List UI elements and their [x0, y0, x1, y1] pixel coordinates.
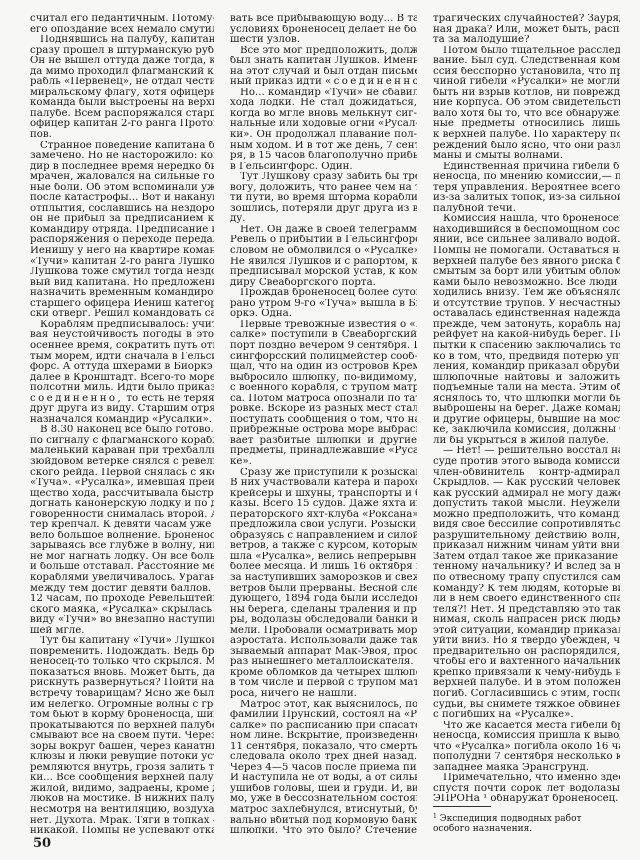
- text-line: ки». Он продолжал плавание пол-: [230, 130, 417, 141]
- text-line: пытки к спасению заключались толь-: [433, 341, 620, 352]
- text-line: его опоздание всех немало смутило.: [30, 25, 214, 36]
- text-line: пов.: [30, 130, 214, 141]
- text-line: ходились внизу. Тем же объяснялось: [433, 288, 620, 299]
- text-line: 11 сентября, показало, что смерть по-: [230, 742, 417, 753]
- text-line: замечено. Но не насторожило: коман-: [30, 151, 214, 162]
- text-line: вает разбитые шлюпки и другие: [230, 436, 417, 447]
- text-line: образуясь с направлением и силой: [230, 531, 417, 542]
- text-line: зываемый аппарат Мак-Эвоя, прооб-: [230, 647, 417, 658]
- text-line: щество хода, рассчитывала быстро: [30, 489, 214, 500]
- text-line: ли бы укрыться в жилой палубе.: [433, 436, 620, 447]
- paragraph-start-line: Нет. Он даже в своей телеграмме в: [230, 225, 417, 236]
- text-line: вая неустойчивость погоды в это: [30, 330, 214, 341]
- text-line: ке, заключила комиссия, должны бы-: [433, 425, 620, 436]
- text-line: дующего, 1894 года были исследова-: [230, 594, 417, 605]
- text-line: вало хотя бы то, что все обнаружен-: [433, 109, 620, 120]
- text-line: ского маяка, «Русалка» скрылась из: [30, 605, 214, 616]
- text-line: команду? К тем людям, которые виде-: [433, 584, 620, 595]
- text-line: В них участвовали катера и пароходы,: [230, 478, 417, 489]
- text-line: ветров были прерваны. Весной сле-: [230, 584, 417, 595]
- text-line: аэростата. Использовали даже так на-: [230, 636, 417, 647]
- text-line: ски отверг. Решил командовать сам.: [30, 309, 214, 320]
- text-line: и другие офицеры, бывшие на мости-: [433, 415, 620, 426]
- text-line: судьи, вы снимете тяжкое обвинение: [433, 700, 620, 711]
- text-line: чтобы его и вахтенного начальника: [433, 657, 620, 668]
- text-line: Затем отдал такое же приказание вах-: [433, 552, 620, 563]
- text-line: ря, в 15 часов благополучно прибыл: [230, 151, 417, 162]
- text-line: прокатываются по верхней палубе,: [30, 721, 214, 732]
- text-column-2: вать все прибывающую воду... В такихусло…: [230, 14, 417, 837]
- text-line: показаться вновь. Может быть, даже: [30, 668, 214, 679]
- text-line: пополудни 7 сентября несколько юго-: [433, 752, 620, 763]
- text-line: на этот случай и был отдан письмен-: [230, 67, 417, 78]
- text-line: рейфует на какой-нибудь берег. По-: [433, 330, 620, 341]
- text-line: находившийся в беспомощном состо-: [433, 225, 620, 236]
- text-line: Скрыдлов. — Как русский человек и: [433, 478, 620, 489]
- text-line: приказал нижним чинам уйти вниз?: [433, 541, 620, 552]
- text-line: им нелегко. Огромные волны с грохо-: [30, 700, 214, 711]
- text-line: ушибов головы, шеи и груди. И, види-: [230, 784, 417, 795]
- text-line: «Тучи» капитан 2-го ранга Лушков.: [30, 257, 214, 268]
- text-line: словом не обмолвился о «Русалке»...: [230, 246, 417, 257]
- text-line: с военного корабля, с трупом матро-: [230, 383, 417, 394]
- text-line: Через 4—5 часов после приема пищи.: [230, 763, 417, 774]
- text-line: казы. Всего 15 судов. Даже яхта им-: [230, 499, 417, 510]
- text-line: люков на мостике. В нижних палубах,: [30, 794, 214, 805]
- text-line: предварительно он распорядился,: [433, 647, 620, 658]
- text-line: вогу, доложить, что ранее чем на тре-: [230, 183, 417, 194]
- text-line: никакой. Помпы не успевают откачи-: [30, 826, 214, 837]
- text-line: Ревель о прибытии в Гельсингфорс ни: [230, 235, 417, 246]
- text-line: и отсутствие трупов. У несчастных: [433, 299, 620, 310]
- text-line: по отвесному трапу спустился сам? В: [433, 573, 620, 584]
- paragraph-start-line: Тут бы капитану «Тучи» Лушкову: [30, 636, 214, 647]
- text-line: предписывал морской устав, к коман-: [230, 267, 417, 278]
- text-line: шести узлов.: [230, 35, 417, 46]
- text-line: Иенишу у него на квартире командир: [30, 246, 214, 257]
- text-line: был знать капитан Лушков. Именно: [230, 56, 417, 67]
- text-line: суде против этого вывода комиссии: [433, 457, 620, 468]
- text-line: янии, все сильнее заливало водой.: [433, 235, 620, 246]
- paragraph-start-line: Единственная причина гибели бро-: [433, 162, 620, 173]
- text-line: зошлись, потеряли друг друга из ви-: [230, 204, 417, 215]
- text-line: догнать канонерскую лодку и по до-: [30, 499, 214, 510]
- paragraph-start-line: Поднявшись на палубу, капитан: [30, 35, 214, 46]
- text-line: ны берега, сделаны траления и проме-: [230, 605, 417, 616]
- paragraph-start-line: Кораблям предписывалось: учиты-: [30, 320, 214, 331]
- text-line: вание. Был суд. Следственная коми-: [433, 56, 620, 67]
- text-line: дир в последнее время нередко бывал: [30, 162, 214, 173]
- text-line: крейсеры и шхуны, транспорты и бар-: [230, 489, 417, 500]
- text-line: ками было невозможно. Все люди на-: [433, 278, 620, 289]
- text-line: ли в нем своего единственного спаси-: [433, 594, 620, 605]
- text-line: оставалась единственная надежда —: [433, 309, 620, 320]
- text-line: фамилии Прунский, состоял на «Ру-: [230, 710, 417, 721]
- text-line: говоренности снималась второй. А ве-: [30, 510, 214, 521]
- text-line: ссия бесспорно установила, что при-: [433, 67, 620, 78]
- text-line: назначался командир «Русалки».: [30, 415, 214, 426]
- text-line: том бьют в корму броненосца, шипя: [30, 710, 214, 721]
- text-line: когда во мгле вновь мелькнут сиг-: [230, 109, 417, 120]
- text-line: верхней палубе без явного риска быть: [433, 257, 620, 268]
- text-line: встречу товарищам? Ясно же было —: [30, 689, 214, 700]
- text-line: роса, ничего не нашли.: [230, 689, 417, 700]
- text-line: шлюпки. Что это было? Стечение: [230, 826, 417, 837]
- text-line: ные боли. Об этом вспоминали уже: [30, 183, 214, 194]
- text-line: кораблями увеличивалось. Ураган: [30, 573, 214, 584]
- text-line: смывают все на своем пути. Через за-: [30, 731, 214, 742]
- text-line: следовала около трех дней назад.: [230, 752, 417, 763]
- text-line: ке».: [230, 457, 417, 468]
- text-line: считал его педантичным. Потому-то: [30, 14, 214, 25]
- text-line: шей мгле.: [30, 626, 214, 637]
- text-line: шла «Русалка», велись непрерывно: [230, 552, 417, 563]
- text-line: «Туча». «Русалка», имевшая преиму-: [30, 478, 214, 489]
- text-line: погиб. Согласившись с этим, господа: [433, 689, 620, 700]
- paragraph-start-line: Примечательно, что именно здесь: [433, 773, 620, 784]
- text-line: ным ходом. И в тот же день, 7 сентяб-: [230, 141, 417, 152]
- text-line: диру Свеаборгского порта.: [230, 278, 417, 289]
- text-line: 12 часам, по проходе Ревельштейн-: [30, 594, 214, 605]
- text-line: И наступила не от воды, а от сильных: [230, 773, 417, 784]
- paragraph-start-line: Странное поведение капитана было: [30, 141, 214, 152]
- emphasized-word: «соединенно».: [325, 77, 417, 87]
- text-line: уйти вниз. Но я твердо убежден, что: [433, 636, 620, 647]
- text-line: западнее маяка Эрансгрунд.: [433, 763, 620, 774]
- text-line: распоряжения о переходе передал: [30, 235, 214, 246]
- paragraph-start-line: — Нет! — решительно восстал на: [433, 446, 620, 457]
- text-line: ние корпуса. Об этом свидетельство-: [433, 98, 620, 109]
- text-line: сразу прошел в штурманскую рубку.: [30, 46, 214, 57]
- text-line: рискнуть развернуться? Пойти на-: [30, 678, 214, 689]
- magazine-page: считал его педантичным. Потому-тоего опо…: [0, 0, 640, 860]
- text-line: разрушительному действию волн,: [433, 531, 620, 542]
- text-line: вать все прибывающую воду... В таких: [230, 14, 417, 25]
- emphasized-word: соединенно,: [30, 394, 123, 404]
- text-line: та за малодушие?: [433, 35, 620, 46]
- text-line: са. Потом матроса опознали по татуи-: [230, 394, 417, 405]
- text-line: назначить временным командиром: [30, 288, 214, 299]
- text-line: после катастрофы... Вот и накануне: [30, 193, 214, 204]
- text-line: порт поздно вечером 9 сентября. Гель-: [230, 341, 417, 352]
- text-line: ЭПРОНа ¹ обнаружат броненосец. Он: [433, 794, 620, 805]
- text-line: ная драка? Или, может быть, распла-: [433, 25, 620, 36]
- paragraph-start-line: Прождав броненосец более суток,: [230, 288, 417, 299]
- paragraph-start-line: Тут Лушкову сразу забить бы тре-: [230, 172, 417, 183]
- text-column-1: считал его педантичным. Потому-тоего опо…: [30, 14, 214, 837]
- text-line: тенному начальнику? И вслед за ними: [433, 562, 620, 573]
- text-line: ные предметы относились лишь: [433, 119, 620, 130]
- text-line: член-обвинитель контр-адмирал: [433, 468, 620, 479]
- paragraph-start-line: Комиссия нашла, что броненосец,: [433, 214, 620, 225]
- text-line: соединенно, то есть не теряя: [30, 394, 214, 405]
- text-line: выбросило шлюпку, по-видимому,: [230, 373, 417, 384]
- text-line: жилой, видимо, задраены, кроме двух: [30, 784, 214, 795]
- text-line: палубной течи.: [433, 204, 620, 215]
- text-line: подъемные тали на места. Этим объ-: [433, 383, 620, 394]
- text-line: щал, что на один из островов Кремарэ: [230, 362, 417, 373]
- text-line: друг друга из виду. Старшим отряда: [30, 404, 214, 415]
- text-line: раз нынешнего металлоискателя. Но,: [230, 657, 417, 668]
- text-line: маны и смыты волнами.: [433, 151, 620, 162]
- text-line: условиях броненосец делает не более: [230, 25, 417, 36]
- text-line: хода лодки. Не стал дожидаться,: [230, 98, 417, 109]
- text-line: теря управления. Вероятнее всего —: [433, 183, 620, 194]
- paragraph-start-line: Все это мог предположить, должен: [230, 46, 417, 57]
- text-line: нет. Духота. Мрак. Тяги в топках —: [30, 816, 214, 827]
- text-line: ду.: [230, 214, 417, 225]
- text-line: предложила свои услуги. Розыски, со-: [230, 520, 417, 531]
- text-line: зарываясь все глубже в волну, никак: [30, 541, 214, 552]
- text-line: смытым за борт или убитым облом-: [433, 267, 620, 278]
- text-line: команда были выстроены на верхней: [30, 98, 214, 109]
- text-line: клюзы и люки ревущие потоки уст-: [30, 752, 214, 763]
- text-line: по сигналу с флагманского корабля: [30, 436, 214, 447]
- text-line: офицер капитан 2-го ранга Протопо-: [30, 119, 214, 130]
- text-line: допустить такой мысли. Неужели: [433, 499, 620, 510]
- text-line: ный приказ идти «соединенно».: [230, 77, 417, 88]
- text-line: с погибших на «Русалке».: [433, 710, 620, 721]
- text-line: матрос захлебнулся, втиснутый, бук-: [230, 805, 417, 816]
- text-line: ти пути, во время шторма корабли ра-: [230, 193, 417, 204]
- text-line: маленький караван при трехбалльном: [30, 446, 214, 457]
- text-line: сингфорсский полицмейстер сооб-: [230, 352, 417, 363]
- text-line: мрачен, жаловался на сильные голов-: [30, 172, 214, 183]
- text-line: старшего офицера Иениш категориче-: [30, 299, 214, 310]
- text-line: тым морем, идти сначала в Гельсинг-: [30, 352, 214, 363]
- text-line: более месяца. И лишь 16 октября из-: [230, 562, 417, 573]
- text-line: прежде, чем затонуть, корабль над-: [433, 320, 620, 331]
- text-line: Не явился Лушков и с рапортом, как: [230, 257, 417, 268]
- text-line: оркэ. Одна.: [230, 309, 417, 320]
- text-line: этой ситуации, командир приказал им: [433, 626, 620, 637]
- text-line: как русский адмирал не могу даже: [433, 489, 620, 500]
- text-line: верхней палубе. И в этом положении: [433, 678, 620, 689]
- text-line: можно предположить, что командир,: [433, 510, 620, 521]
- footnote-divider: [433, 806, 491, 807]
- text-line: зоры вокруг башен, через канатные: [30, 742, 214, 753]
- text-line: ры, водолазы обследовали банки и от-: [230, 615, 417, 626]
- text-line: далее в Кронштадт. Всего-то морем: [30, 373, 214, 384]
- footnote-text: Экспедиция подводных работ особого назна…: [433, 814, 581, 834]
- text-line: отплытия, сославшись на нездоровье,: [30, 204, 214, 215]
- text-line: в том числе и первой с трупом мат-: [230, 678, 417, 689]
- text-line: ном лине. Вскрытие, произведенное: [230, 731, 417, 742]
- text-line: полсотни миль. Идти было приказано: [30, 383, 214, 394]
- text-line: он не прибыл за предписанием к: [30, 214, 214, 225]
- text-line: крепко привязали к чему-нибудь на: [433, 668, 620, 679]
- text-line: рано утром 9-го «Туча» вышла в Би-: [230, 299, 417, 310]
- text-line: неносец-то только что скрылся. Мог: [30, 657, 214, 668]
- text-line: реждений было ясно, что они разло-: [433, 141, 620, 152]
- text-line: нимая, сколь напрасен риск людьми в: [433, 615, 620, 626]
- text-line: быть ни взрыв котлов, ни поврежде-: [433, 88, 620, 99]
- text-line: ления, командир приказал обрубить: [433, 362, 620, 373]
- text-line: тер крепчал. К девяти часам уже раз-: [30, 520, 214, 531]
- footnote-marker: 1: [433, 813, 437, 820]
- text-line: между тем достиг девяти баллов. К: [30, 584, 214, 595]
- text-line: спустя почти сорок лет водолазы: [433, 784, 620, 795]
- paragraph-start-line: Первые тревожные известия о «Ру-: [230, 320, 417, 331]
- text-line: Помпы не помогали. Оставаться на: [433, 246, 620, 257]
- text-line: шлюпочные найтовы и заложить: [433, 373, 620, 384]
- text-line: мо, уже в бессознательном состоянии: [230, 794, 417, 805]
- text-line: за наступивших заморозков и свежих: [230, 573, 417, 584]
- page-number: 50: [33, 836, 51, 851]
- text-line: салке» по расписанию при спасатель-: [230, 721, 417, 732]
- text-line: видя свое бессилие сопротивляться: [433, 520, 620, 531]
- text-line: зюйдовом ветерке снялся с ревель-: [30, 457, 214, 468]
- text-line: салке» поступили в Свеаборгский: [230, 330, 417, 341]
- text-line: к верхней палубе. По характеру пов-: [433, 130, 620, 141]
- text-line: миральскому флагу, хотя офицеры и: [30, 88, 214, 99]
- text-line: виду «Тучи» во внезапно наступив-: [30, 615, 214, 626]
- text-line: ко в том, что, предвидя потерю управ-: [433, 352, 620, 363]
- text-line: ского рейда. Первой снялась с якоря: [30, 468, 214, 479]
- text-line: не мог нагнать лодку. Он все больше: [30, 552, 214, 563]
- text-line: нальные или ходовые огни «Русал-: [230, 119, 417, 130]
- text-line: выброшены на берег. Даже командир: [433, 404, 620, 415]
- paragraph-start-line: Матрос этот, как выяснилось, по: [230, 700, 417, 711]
- text-line: из-за залитых топок, из-за сильной: [433, 193, 620, 204]
- text-line: повременить. Подождать. Ведь бро-: [30, 647, 214, 658]
- paragraph-start-line: Потом было тщательное расследо-: [433, 46, 620, 57]
- text-line: ператорского яхт-клуба «Роксана»: [230, 510, 417, 521]
- text-line: командиру отряда. Предписание и все: [30, 225, 214, 236]
- text-line: осеннее время, сократить путь откры-: [30, 341, 214, 352]
- text-line: и больше отставал. Расстояние между: [30, 562, 214, 573]
- text-line: кроме обломков да четырех шлюпок,: [230, 668, 417, 679]
- paragraph-start-line: Что же касается места гибели бро-: [433, 721, 620, 732]
- text-line: да мимо проходил флагманский ко-: [30, 67, 214, 78]
- text-line: поступать сообщения о том, что на: [230, 415, 417, 426]
- text-line: прибрежные острова море выбрасы-: [230, 425, 417, 436]
- text-line: неносца, комиссия пришла к выводу,: [433, 731, 620, 742]
- text-line: ки... Все сообщения верхней палубы с: [30, 773, 214, 784]
- paragraph-start-line: Сразу же приступили к розыскам.: [230, 468, 417, 479]
- text-line: форс. А оттуда шхерами в Биоркэ и: [30, 362, 214, 373]
- text-line: рабль «Первенец», не отдал чести ад-: [30, 77, 214, 88]
- text-line: предметы, принадлежавшие «Русал-: [230, 446, 417, 457]
- text-line: ветров, а также с курсом, которым: [230, 541, 417, 552]
- footnote: 1 Экспедиция подводных работ особого наз…: [433, 812, 620, 834]
- text-line: вый вид капитана. Но предложение: [30, 278, 214, 289]
- text-line: яснялось то, что шлюпки могли быть: [433, 394, 620, 405]
- text-line: в Гельсингфорс. Один.: [230, 162, 417, 173]
- text-line: что «Русалка» погибла около 16 часов: [433, 742, 620, 753]
- text-line: палубе. Всем распоряжался старший: [30, 109, 214, 120]
- text-line: мели. Пробовали осматривать море с: [230, 626, 417, 637]
- text-line: несмотря на вентиляцию, воздуха: [30, 805, 214, 816]
- paragraph-start-line: В 8.30 наконец все было готово. И: [30, 425, 214, 436]
- text-line: ремляются внутрь, грозя залить топ-: [30, 763, 214, 774]
- text-line: ровке. Вскоре из разных мест стали: [230, 404, 417, 415]
- text-line: чиной гибели «Русалки» не могли: [433, 77, 620, 88]
- text-line: Лушкова тоже смутил тогда нездоро-: [30, 267, 214, 278]
- text-line: Он не вышел оттуда даже тогда, ког-: [30, 56, 214, 67]
- text-line: трагических случайностей? Зауряд-: [433, 14, 620, 25]
- text-line: неносца, по мнению комиссии,— по-: [433, 172, 620, 183]
- text-column-3: трагических случайностей? Зауряд-ная дра…: [433, 14, 620, 805]
- text-line: вело большое волнение. Броненосец,: [30, 531, 214, 542]
- text-line: вально вбитый под кормовую банку: [230, 816, 417, 827]
- paragraph-start-line: Но... командир «Тучи» не сбавил: [230, 88, 417, 99]
- text-line: теля?! Нет. Я представляю это так: по-: [433, 605, 620, 616]
